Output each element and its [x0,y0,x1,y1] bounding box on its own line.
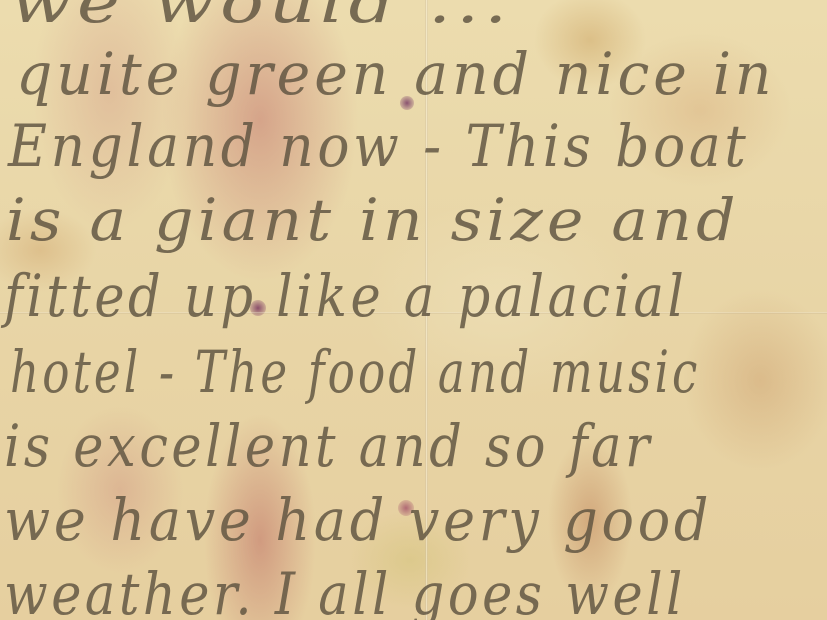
handwriting-line-3: England now - This boat [8,112,750,180]
handwriting-line-1: we would ... [10,0,512,36]
handwriting-line-6: hotel - The food and music [10,338,700,406]
letter-paper: we would ... quite green and nice in Eng… [0,0,827,620]
handwriting-line-7: is excellent and so far [4,412,653,480]
handwriting-line-8: we have had very good [4,486,712,554]
handwriting-line-9: weather. I all goes well [4,560,686,620]
handwriting-line-4: is a giant in size and [6,186,740,254]
handwriting-line-5: fitted up like a palacial [4,262,687,330]
handwriting-line-2: quite green and nice in [16,40,775,108]
